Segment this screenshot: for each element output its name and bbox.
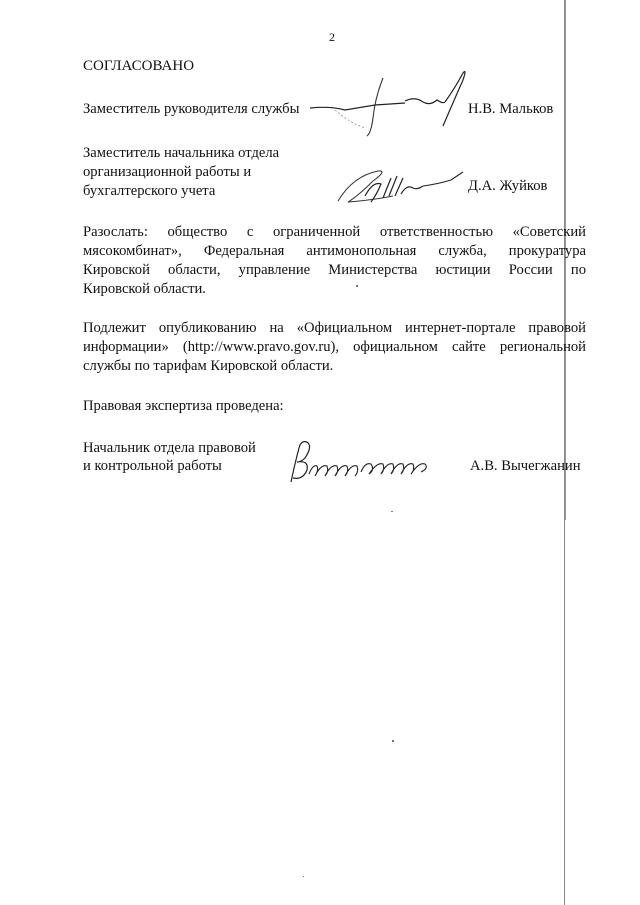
scan-speck (303, 876, 304, 877)
signatory-1-position: Заместитель руководителя службы (83, 100, 299, 119)
legal-review-name: А.В. Вычегжанин (470, 457, 581, 476)
scan-speck (392, 740, 394, 742)
signature-1-icon (305, 68, 475, 143)
distribution-line: Разослать: общество с ограниченной ответ… (83, 223, 586, 242)
distribution-line: Кировской области. (83, 280, 586, 299)
signatory-2-position-line-3: бухгалтерского учета (83, 182, 215, 201)
approval-heading: СОГЛАСОВАНО (83, 58, 194, 75)
legal-review-position-line-1: Начальник отдела правовой (83, 439, 256, 458)
document-page: 2 СОГЛАСОВАНО Заместитель руководителя с… (0, 0, 640, 905)
publication-line: Подлежит опубликованию на «Официальном и… (83, 319, 586, 338)
signature-3-icon (283, 438, 443, 486)
legal-review-heading: Правовая экспертиза проведена: (83, 397, 284, 416)
publication-paragraph: Подлежит опубликованию на «Официальном и… (83, 319, 586, 376)
signatory-2-name: Д.А. Жуйков (468, 177, 547, 196)
signatory-2-position-line-1: Заместитель начальника отдела (83, 144, 279, 163)
scan-speck (356, 285, 358, 287)
distribution-line: Кировской области, управление Министерст… (83, 261, 586, 280)
signatory-1-name: Н.В. Мальков (468, 100, 553, 119)
publication-line: службы по тарифам Кировской области. (83, 357, 586, 376)
page-number: 2 (329, 30, 335, 45)
legal-review-position-line-2: и контрольной работы (83, 457, 222, 476)
publication-line: информации» (http://www.pravo.gov.ru), о… (83, 338, 586, 357)
scan-speck (391, 511, 393, 512)
signatory-2-position-line-2: организационной работы и (83, 163, 251, 182)
distribution-paragraph: Разослать: общество с ограниченной ответ… (83, 223, 586, 299)
signature-2-icon (333, 166, 473, 211)
distribution-line: мясокомбинат», Федеральная антимонопольн… (83, 242, 586, 261)
